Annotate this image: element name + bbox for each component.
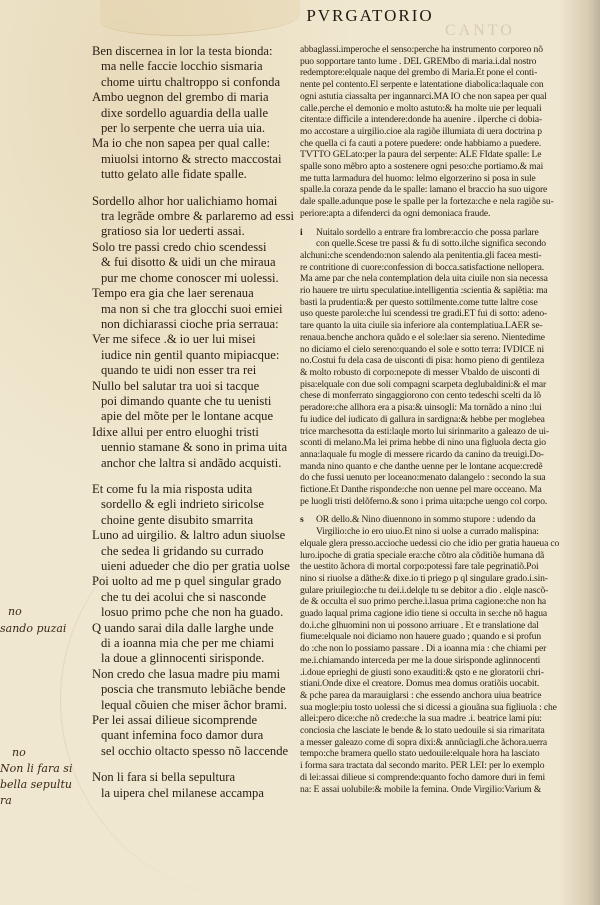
commentary-line: renaua.benche anchora quãdo e el sole:la…	[300, 332, 590, 344]
verse-tercet: Luno ad uirgilio. & laltro adun siuolsec…	[92, 528, 302, 574]
handwritten-margin-note: sando puzai	[0, 622, 66, 635]
commentary-line: abbaglassi.imperoche el senso:perche ha …	[300, 44, 590, 56]
verse-line: che tu dei acolui che si nasconde	[92, 590, 302, 605]
commentary-line: do.i.che glhuomini non ui possono arriua…	[300, 620, 590, 632]
handwritten-margin-note: bella sepultu	[0, 778, 72, 791]
verse-tercet: Non li fara si bella sepulturala uipera …	[92, 770, 302, 801]
commentary-line: nente pel contento.El serpente e latenta…	[300, 79, 590, 91]
verse-tercet: Q uando sarai dila dalle larghe undedi a…	[92, 621, 302, 667]
commentary-line: do che fussi uenuto per loceano:menato d…	[300, 472, 590, 484]
verse-line: poscia che transmuto lebiãche bende	[92, 682, 302, 697]
commentary-line: di lei:assai dilieue si comprende:quanto…	[300, 772, 590, 784]
commentary-line: sOR dello.& Nino diuennono in sommo stup…	[300, 514, 590, 526]
commentary-line: con quelle.Scese tre passi & fu di sotto…	[300, 238, 590, 250]
commentary-line: the uestito ãchora di mortal corpo:potes…	[300, 561, 590, 573]
commentary-line: pe luogli tristi delõferno.& sono i prim…	[300, 496, 590, 508]
commentary-line: uso queste parole:che lui scendessi tre …	[300, 308, 590, 320]
verse-line: quant infemina foco damor dura	[92, 728, 302, 743]
verse-tercet: Et come fu la mia risposta uditasordello…	[92, 482, 302, 528]
verse-tercet: Poi uolto ad me p quel singular gradoche…	[92, 574, 302, 620]
commentary-line-text: OR dello.& Nino diuennono in sommo stupo…	[316, 514, 535, 525]
verse-tercet: Non credo che lasua madre piu mamiposcia…	[92, 667, 302, 713]
verse-line: Poi uolto ad me p quel singular grado	[92, 574, 302, 589]
commentary-line: puo sopportare tanto lume . DEL GREMbo d…	[300, 56, 590, 68]
verse-line: tutto gelato alle fidate spalle.	[92, 167, 302, 182]
commentary-line: stiani.Onde dixe el creatore. Domus mea …	[300, 678, 590, 690]
verse-tercet: Ma io che non sapea per qual calle:miuol…	[92, 136, 302, 182]
handwritten-margin-note: Non li fara si	[0, 762, 72, 775]
verse-line: Nullo bel salutar tra uoi si tacque	[92, 379, 302, 394]
commentary-line: anna:laquale fu mogle di messere ricardo…	[300, 449, 590, 461]
running-header: PVRGATORIO	[280, 6, 460, 26]
handwritten-margin-note: ra	[0, 794, 12, 807]
commentary-line: fiume:elquale noi diciamo non hauere gua…	[300, 631, 590, 643]
commentary-line: me.i.chiamando interceda per me la doue …	[300, 655, 590, 667]
verse-line: losuo primo pche che non ha guado.	[92, 605, 302, 620]
verse-tercet: Ver me sifece .& io uer lui miseiiudice …	[92, 332, 302, 378]
commentary-line: fu iudice del iudicato di gallura in sar…	[300, 414, 590, 426]
commentary-line: sua mogle:piu tosto uolessi che si dices…	[300, 702, 590, 714]
verse-line: che sedea li gridando su currado	[92, 544, 302, 559]
verse-line: chome uirtu chaltroppo si confonda	[92, 75, 302, 90]
commentary-line: calle.perche el demonio e molto astuto:&…	[300, 103, 590, 115]
commentary-line: luro.ipoche di gratia speciale era:che c…	[300, 550, 590, 562]
handwritten-margin-note: no	[12, 746, 26, 759]
verse-line: Ambo uegnon del grembo di maria	[92, 90, 302, 105]
commentary-line: basti la prudentia:& per questo sottilme…	[300, 297, 590, 309]
commentary-line: & molto robusto di corpo:nepote di messe…	[300, 367, 590, 379]
commentary-line: na: E assai uolubile:& mobile la femina.…	[300, 784, 590, 796]
verse-line: Non li fara si bella sepultura	[92, 770, 302, 785]
commentary-line: pisa:elquale con due soli compagni scarp…	[300, 379, 590, 391]
commentary-line: de & occulta el suo primo perche.i.lasua…	[300, 596, 590, 608]
commentary-line-text: Nuitalo sordello a entrare fra lombre:ac…	[316, 227, 539, 238]
commentary-marker: s	[300, 514, 316, 526]
commentary-line: tempo:che bramera quello stato uedouile:…	[300, 748, 590, 760]
commentary-column: abbaglassi.imperoche el senso:perche ha …	[300, 44, 590, 795]
commentary-line: Ma ame par che nela contemplation dela u…	[300, 273, 590, 285]
commentary-line: periore:apta a difenderci da ogni demoni…	[300, 208, 590, 220]
verse-line: miuolsi intorno & strecto maccostai	[92, 152, 302, 167]
verse-line: choine gente disubito smarrita	[92, 513, 302, 528]
commentary-line: dale spalle.adunque pose le spalle per l…	[300, 196, 590, 208]
verse-line: sel occhio oltacto spesso nõ laccende	[92, 744, 302, 759]
commentary-line: .i.doue eprieghi de giusti sono exauditi…	[300, 667, 590, 679]
verse-line: di a ioanna mia che per me chiami	[92, 636, 302, 651]
commentary-line: ogni astutia ciassalta per ingannarci.MA…	[300, 91, 590, 103]
verse-line: dixe sordello aguardia della ualle	[92, 106, 302, 121]
verse-tercet: Idixe allui per entro eluoghi tristiuenn…	[92, 425, 302, 471]
verse-line: anchor che laltra si andãdo acquisti.	[92, 456, 302, 471]
verse-line: la uipera chel milanese accampa	[92, 786, 302, 801]
commentary-line: me tutta larmadura del huomo: lelmo elgo…	[300, 173, 590, 185]
book-page: CANTO PVRGATORIO Ben discernea in lor la…	[0, 0, 600, 905]
commentary-line: nino si riuolse a dãthe:& dixe.io ti pri…	[300, 573, 590, 585]
commentary-line: no diciamo el cielo sereno:quando el sol…	[300, 344, 590, 356]
commentary-line: re contritione di cuore:confession di bo…	[300, 262, 590, 274]
verse-line: tra legrãde ombre & parlaremo ad essi	[92, 209, 302, 224]
verse-line: gratioso sia lor uederti assai.	[92, 224, 302, 239]
commentary-line: tare quanto la uita ciuile sia inferiore…	[300, 320, 590, 332]
commentary-line: gulare priuilegio:che tu dei.i.delqle tu…	[300, 585, 590, 597]
commentary-line: chese di monferrato singaggiorono con ce…	[300, 390, 590, 402]
commentary-line: spalle sono mẽbro apto a sostenere ogni …	[300, 161, 590, 173]
verse-tercet: Ambo uegnon del grembo di mariadixe sord…	[92, 90, 302, 136]
commentary-paragraph: sOR dello.& Nino diuennono in sommo stup…	[300, 514, 590, 795]
commentary-line: i forma sara tractata dal secondo marito…	[300, 760, 590, 772]
verse-line: la doue a glinnocenti sirisponde.	[92, 651, 302, 666]
verse-tercet: Tempo era gia che laer serenauama non si…	[92, 286, 302, 332]
verse-line: Idixe allui per entro eluoghi tristi	[92, 425, 302, 440]
verse-line: uieni adueder che dio per gratia uolse	[92, 559, 302, 574]
verse-line: poi dimando quante che tu uenisti	[92, 394, 302, 409]
paper-stain	[100, 0, 300, 36]
commentary-line: guado laqual prima cagione idio tiene si…	[300, 608, 590, 620]
commentary-line: che quella ci fa cauti a potere puedere:…	[300, 138, 590, 150]
verse-line: Sordello alhor hor ualichiamo homai	[92, 194, 302, 209]
verse-tercet: Ben discernea in lor la testa bionda:ma …	[92, 44, 302, 90]
commentary-line: trice marchesotta da esti:laqle morto lu…	[300, 426, 590, 438]
commentary-line: no.Costui fu dela casa de uisconti di pi…	[300, 355, 590, 367]
commentary-line: do :che non lo possiamo passare . Di a i…	[300, 643, 590, 655]
commentary-line: allei:pero dice:che nõ crede:che la sua …	[300, 713, 590, 725]
commentary-line: TVTTO GELato:per la paura del serpente: …	[300, 149, 590, 161]
verse-line: apie del mõte per le lontane acque	[92, 409, 302, 424]
commentary-marker: i	[300, 227, 316, 239]
verse-tercet: Nullo bel salutar tra uoi si tacquepoi d…	[92, 379, 302, 425]
commentary-paragraph: iNuitalo sordello a entrare fra lombre:a…	[300, 227, 590, 508]
verse-line: lequal cõuien che miser ãchor brami.	[92, 698, 302, 713]
commentary-line: & pche parea da marauiglarsi : che essen…	[300, 690, 590, 702]
verse-line: Q uando sarai dila dalle larghe unde	[92, 621, 302, 636]
handwritten-margin-note: no	[8, 605, 22, 618]
verse-line: Per lei assai dilieue sicomprende	[92, 713, 302, 728]
verse-column: Ben discernea in lor la testa bionda:ma …	[92, 44, 302, 801]
commentary-line: elquale glera presso.accioche uedessi ci…	[300, 538, 590, 550]
verse-line: non dichiarassi cioche pria serraua:	[92, 317, 302, 332]
commentary-line: Virgilio:che io ero uiuo.Et nino si uols…	[300, 526, 590, 538]
commentary-line: fictione.Et Danthe risponde:che non uenn…	[300, 484, 590, 496]
verse-line: uennio stamane & sono in prima uita	[92, 440, 302, 455]
verse-line: & fui disotto & uidi un che miraua	[92, 255, 302, 270]
verse-line: Luno ad uirgilio. & laltro adun siuolse	[92, 528, 302, 543]
verse-line: Et come fu la mia risposta udita	[92, 482, 302, 497]
verse-line: iudice nin gentil quanto mipiacque:	[92, 348, 302, 363]
commentary-paragraph: abbaglassi.imperoche el senso:perche ha …	[300, 44, 590, 220]
commentary-line: iNuitalo sordello a entrare fra lombre:a…	[300, 227, 590, 239]
verse-line: Tempo era gia che laer serenaua	[92, 286, 302, 301]
verse-line: Non credo che lasua madre piu mami	[92, 667, 302, 682]
verse-line: ma nelle faccie locchio sismaria	[92, 59, 302, 74]
verse-line: Ma io che non sapea per qual calle:	[92, 136, 302, 151]
verse-tercet: Per lei assai dilieue sicomprendequant i…	[92, 713, 302, 759]
commentary-line: citenta:e difficile a intendere:donde ha…	[300, 114, 590, 126]
verse-tercet: Solo tre passi credo chio scendessi& fui…	[92, 240, 302, 286]
verse-line: sordello & egli indrieto siricolse	[92, 497, 302, 512]
commentary-line: conciosia che lasciate le bende & lo sta…	[300, 725, 590, 737]
commentary-line: rio hauere tre uirtu speculatiue.intelli…	[300, 285, 590, 297]
commentary-line: peradore:che allhora era a pisa:& uinsog…	[300, 402, 590, 414]
commentary-line: sconti di melano.Ma lei prima hebbe di n…	[300, 437, 590, 449]
commentary-line: alchuni:che scendendo:non salendo ala pe…	[300, 250, 590, 262]
verse-line: ma non si che tra glocchi suoi emiei	[92, 302, 302, 317]
verse-line: pur me chome conoscer mi uolessi.	[92, 271, 302, 286]
verse-line: Ver me sifece .& io uer lui misei	[92, 332, 302, 347]
commentary-line: a messer galeazo come di sopra dixi:& an…	[300, 737, 590, 749]
verse-line: Solo tre passi credo chio scendessi	[92, 240, 302, 255]
verse-line: quando te uidi non esser tra rei	[92, 363, 302, 378]
commentary-line: redemptore:elquale naque del grembo di M…	[300, 67, 590, 79]
verse-line: Ben discernea in lor la testa bionda:	[92, 44, 302, 59]
verse-line: per lo serpente che uerra uia uia.	[92, 121, 302, 136]
verse-tercet: Sordello alhor hor ualichiamo homaitra l…	[92, 194, 302, 240]
commentary-line: spalle.la coraza pende da le spalle: lam…	[300, 184, 590, 196]
commentary-line: manda nino quanto e che danthe uenne per…	[300, 461, 590, 473]
commentary-line: mo accostare a uirgilio.cioe ala ragiõe …	[300, 126, 590, 138]
